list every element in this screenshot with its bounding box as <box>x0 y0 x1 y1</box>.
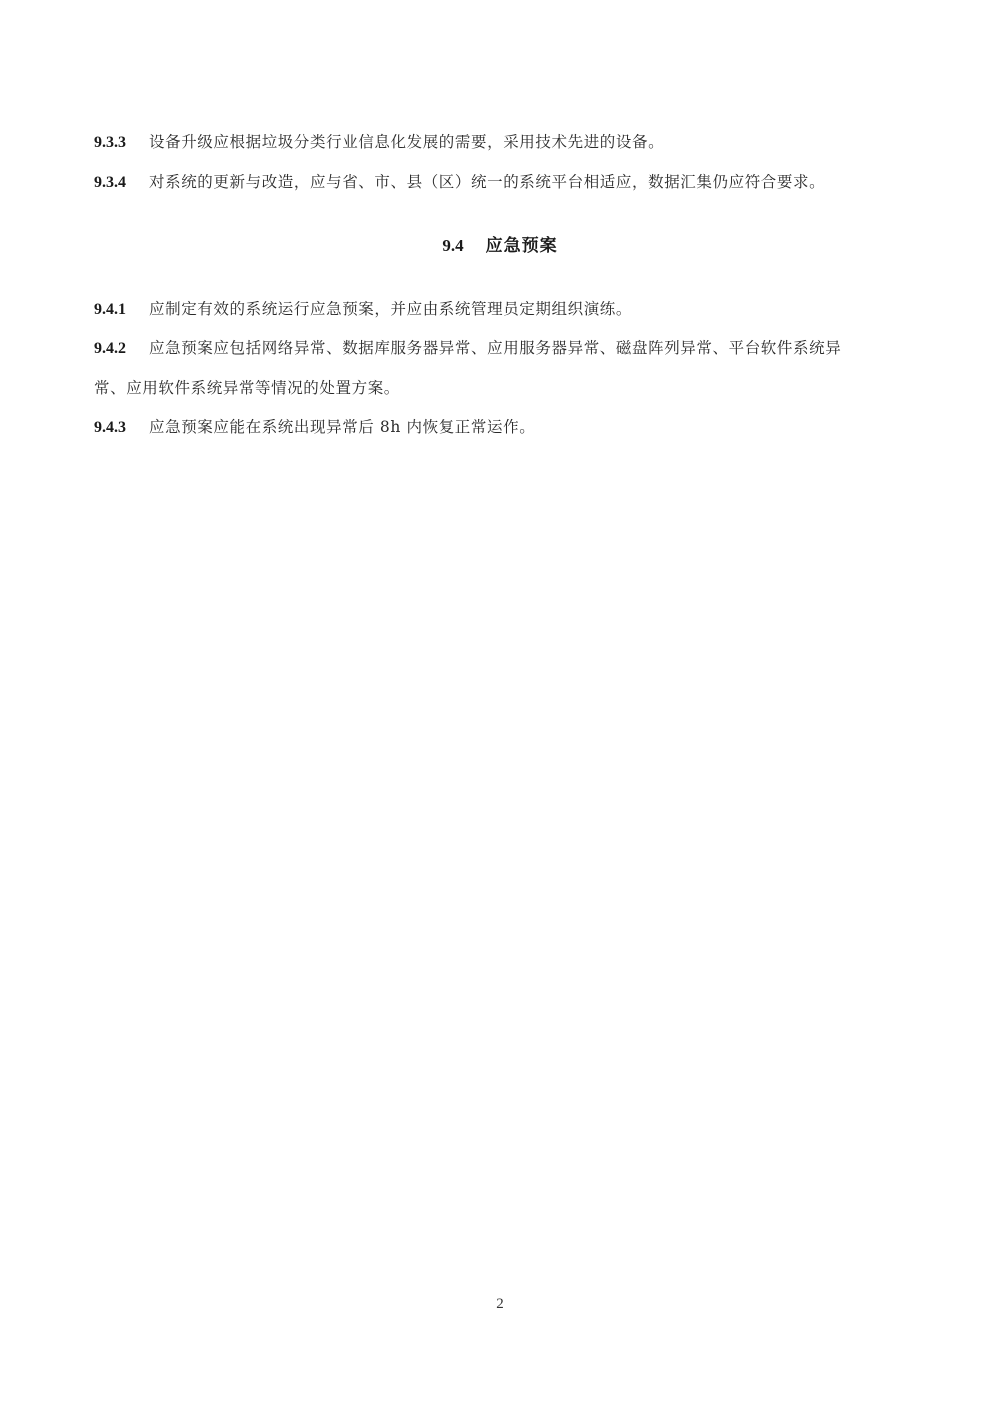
section-title: 应急预案 <box>486 236 558 256</box>
clause-text-continuation: 常、应用软件系统异常等情况的处置方案。 <box>94 379 400 397</box>
clause-9-3-3: 9.3.3设备升级应根据垃圾分类行业信息化发展的需要，采用技术先进的设备。 <box>94 123 914 163</box>
clause-9-4-1: 9.4.1应制定有效的系统运行应急预案，并应由系统管理员定期组织演练。 <box>94 290 914 330</box>
clause-9-4-2-continuation: 常、应用软件系统异常等情况的处置方案。 <box>94 369 914 409</box>
clause-number: 9.4.3 <box>94 408 149 448</box>
clause-text: 对系统的更新与改造，应与省、市、县（区）统一的系统平台相适应，数据汇集仍应符合要… <box>149 173 825 191</box>
clause-number: 9.3.4 <box>94 163 149 203</box>
clause-text: 应急预案应包括网络异常、数据库服务器异常、应用服务器异常、磁盘阵列异常、平台软件… <box>149 339 841 357</box>
clause-number: 9.4.1 <box>94 290 149 330</box>
clause-9-3-4: 9.3.4对系统的更新与改造，应与省、市、县（区）统一的系统平台相适应，数据汇集… <box>94 163 914 203</box>
clause-text: 应急预案应能在系统出现异常后 8h 内恢复正常运作。 <box>149 418 535 436</box>
clause-number: 9.3.3 <box>94 123 149 163</box>
clause-9-4-3: 9.4.3应急预案应能在系统出现异常后 8h 内恢复正常运作。 <box>94 408 914 448</box>
clause-text: 设备升级应根据垃圾分类行业信息化发展的需要，采用技术先进的设备。 <box>149 133 664 151</box>
section-number: 9.4 <box>442 236 463 255</box>
clause-9-4-2: 9.4.2应急预案应包括网络异常、数据库服务器异常、应用服务器异常、磁盘阵列异常… <box>94 329 914 369</box>
document-page: 9.3.3设备升级应根据垃圾分类行业信息化发展的需要，采用技术先进的设备。 9.… <box>0 0 1000 1413</box>
clause-number: 9.4.2 <box>94 329 149 369</box>
section-heading-9-4: 9.4应急预案 <box>0 231 1000 256</box>
page-number: 2 <box>0 1296 1000 1313</box>
clause-text: 应制定有效的系统运行应急预案，并应由系统管理员定期组织演练。 <box>149 300 632 318</box>
